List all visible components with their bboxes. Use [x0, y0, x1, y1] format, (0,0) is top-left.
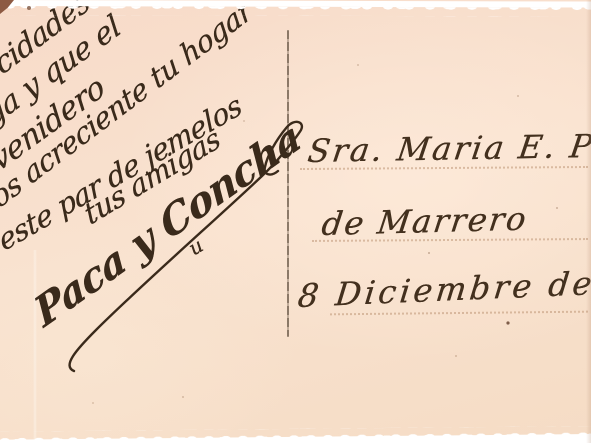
address-line-3: 8 Diciembre de 19 [296, 264, 591, 312]
postcard-back-scan: icidades ga y que el venidero os acrecie… [0, 0, 591, 443]
bottom-deckle-edge [0, 434, 591, 443]
postcard-divider-line [287, 30, 289, 337]
address-line-1: Sra. Maria E. Pici [306, 129, 591, 167]
paper-crease [33, 250, 37, 440]
signature-underline-mark: u [185, 235, 206, 259]
top-edge-speck [27, 6, 31, 10]
address-line-2: de Marrero [320, 203, 530, 241]
right-edge-shadow [586, 0, 591, 443]
top-deckle-edge [0, 0, 591, 8]
